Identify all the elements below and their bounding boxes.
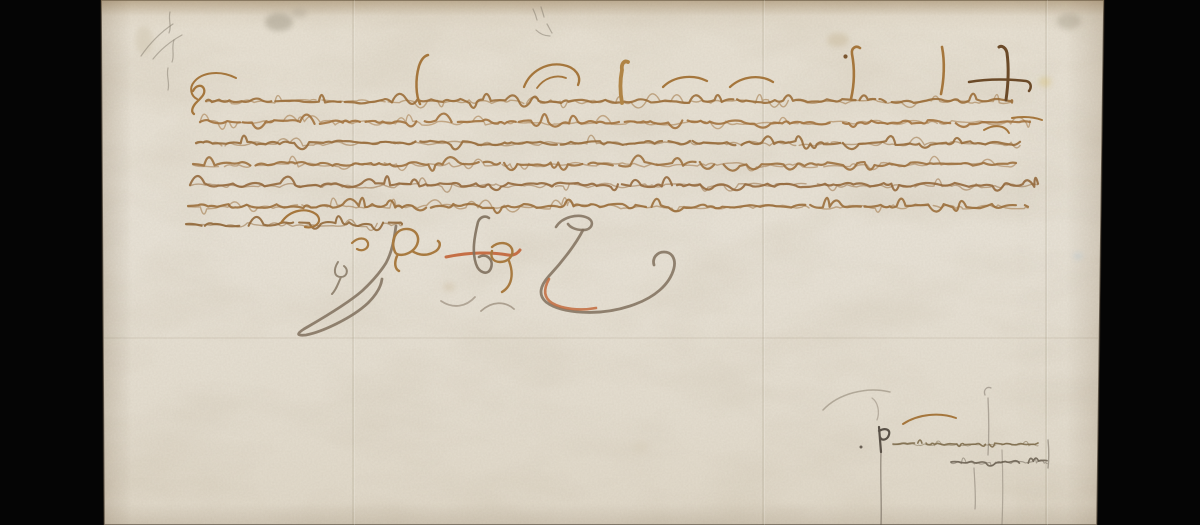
parchment-stain (1073, 253, 1083, 259)
top-edge-shading (96, 0, 1110, 16)
manuscript-photo: Photograph of a handwritten medieval roy… (0, 0, 1200, 525)
ink-dot (860, 446, 863, 449)
parchment-stain (632, 442, 648, 452)
parchment-stain (443, 283, 455, 291)
bottom-edge-shading (96, 503, 1110, 525)
long-pen-stroke (881, 452, 882, 525)
ink-dot (843, 54, 847, 58)
parchment-stain (1039, 77, 1051, 87)
parchment-stain (291, 8, 307, 18)
note-end-stroke (1048, 440, 1049, 468)
parchment-stain (1057, 13, 1081, 29)
parchment-stain (265, 13, 293, 31)
parchment-stain (135, 26, 153, 54)
parchment-stain (827, 33, 849, 47)
manuscript-photo-stage: Photograph of a handwritten medieval roy… (0, 0, 1200, 525)
